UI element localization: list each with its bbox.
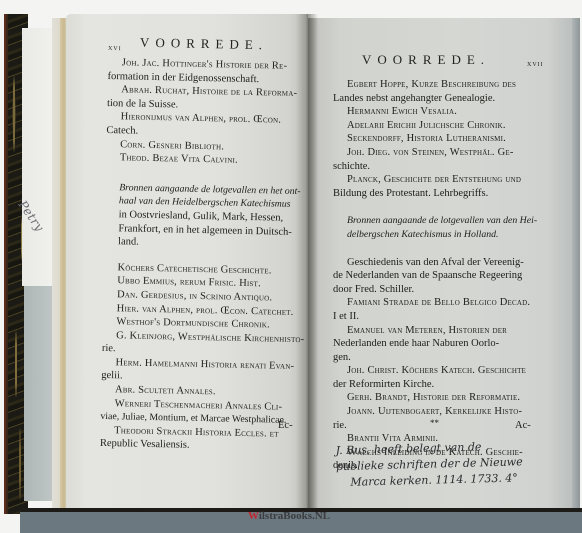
handwritten-note: J. Bus, heeft belegt van de publieke sch… <box>335 437 576 491</box>
spacer <box>333 200 563 214</box>
right-page-number: xvii <box>527 58 544 68</box>
bib-entry-cont: Bildung des Protestant. Lehrbegriffs. <box>333 187 563 201</box>
right-running-head: VOORREDE. <box>362 52 490 68</box>
left-catchword: Ec- <box>278 420 293 431</box>
bib-entry: Adelarii Erichii Julichsche Chronik. <box>333 119 563 133</box>
bib-entry-cont: Landes nebst angehangter Genealogie. <box>333 92 563 106</box>
bib-entry-cont: I et II. <box>333 310 563 324</box>
flyleaf <box>22 28 56 286</box>
bib-entry-cont: schichte. <box>333 160 563 174</box>
bib-entry: Gerh. Brandt, Historie der Reformatie. <box>333 391 563 405</box>
watermark: WilstraBooks.NL <box>248 510 330 522</box>
bib-entry: Planck, Geschichte der Entstehung und <box>333 173 563 187</box>
bib-entry-cont: Nederlanden ende haar Naburen Oorlo- <box>333 337 563 351</box>
right-catchword: Ac- <box>515 420 531 431</box>
bib-entry-cont: door Fred. Schiller. <box>333 283 563 297</box>
bib-entry-cont: gen. <box>333 351 563 365</box>
watermark-initial: W <box>248 510 259 522</box>
bib-entry: Joh. Christ. Köchers Katech. Geschichte <box>333 364 563 378</box>
left-page-number: xvi <box>108 42 122 52</box>
bib-entry: Seckendorff, Historia Lutheranismi. <box>333 132 563 146</box>
bib-entry-cont: de Nederlanden van de Spaansche Regeerin… <box>333 269 563 283</box>
bib-entry: Joh. Dieg. von Steinen, Westphäl. Ge- <box>333 146 563 160</box>
bib-entry-cont: der Reformirten Kirche. <box>333 378 563 392</box>
bib-entry: Geschiedenis van den Afval der Vereenig- <box>333 256 563 270</box>
bib-entry: Famiani Stradae de Bello Belgico Decad. <box>333 296 563 310</box>
flyleaf-pastedown <box>24 286 54 501</box>
section-heading: delbergschen Katechismus in Holland. <box>333 228 563 242</box>
right-page-text: Egbert Hoppe, Kurze Beschreibung des Lan… <box>333 78 563 473</box>
bib-entry: Joann. Uijtenbogaert, Kerkelijke Histo- <box>333 405 563 419</box>
watermark-text: ilstraBooks.NL <box>259 510 330 522</box>
signature-mark: ** <box>430 418 439 428</box>
book-photo: Petry xvi VOORREDE. Joh. Jac. Hottinger'… <box>0 0 582 533</box>
left-page-text: Joh. Jac. Hottinger's Historie der Re- f… <box>100 56 308 455</box>
section-heading: Bronnen aangaande de lotgevallen van den… <box>333 214 563 228</box>
spacer <box>333 242 563 256</box>
left-running-head: VOORREDE. <box>140 35 268 54</box>
bib-entry: Emanuel van Meteren, Historien der <box>333 324 563 338</box>
bib-entry: Hermanni Ewich Vesalia. <box>333 105 563 119</box>
bib-entry: Egbert Hoppe, Kurze Beschreibung des <box>333 78 563 92</box>
